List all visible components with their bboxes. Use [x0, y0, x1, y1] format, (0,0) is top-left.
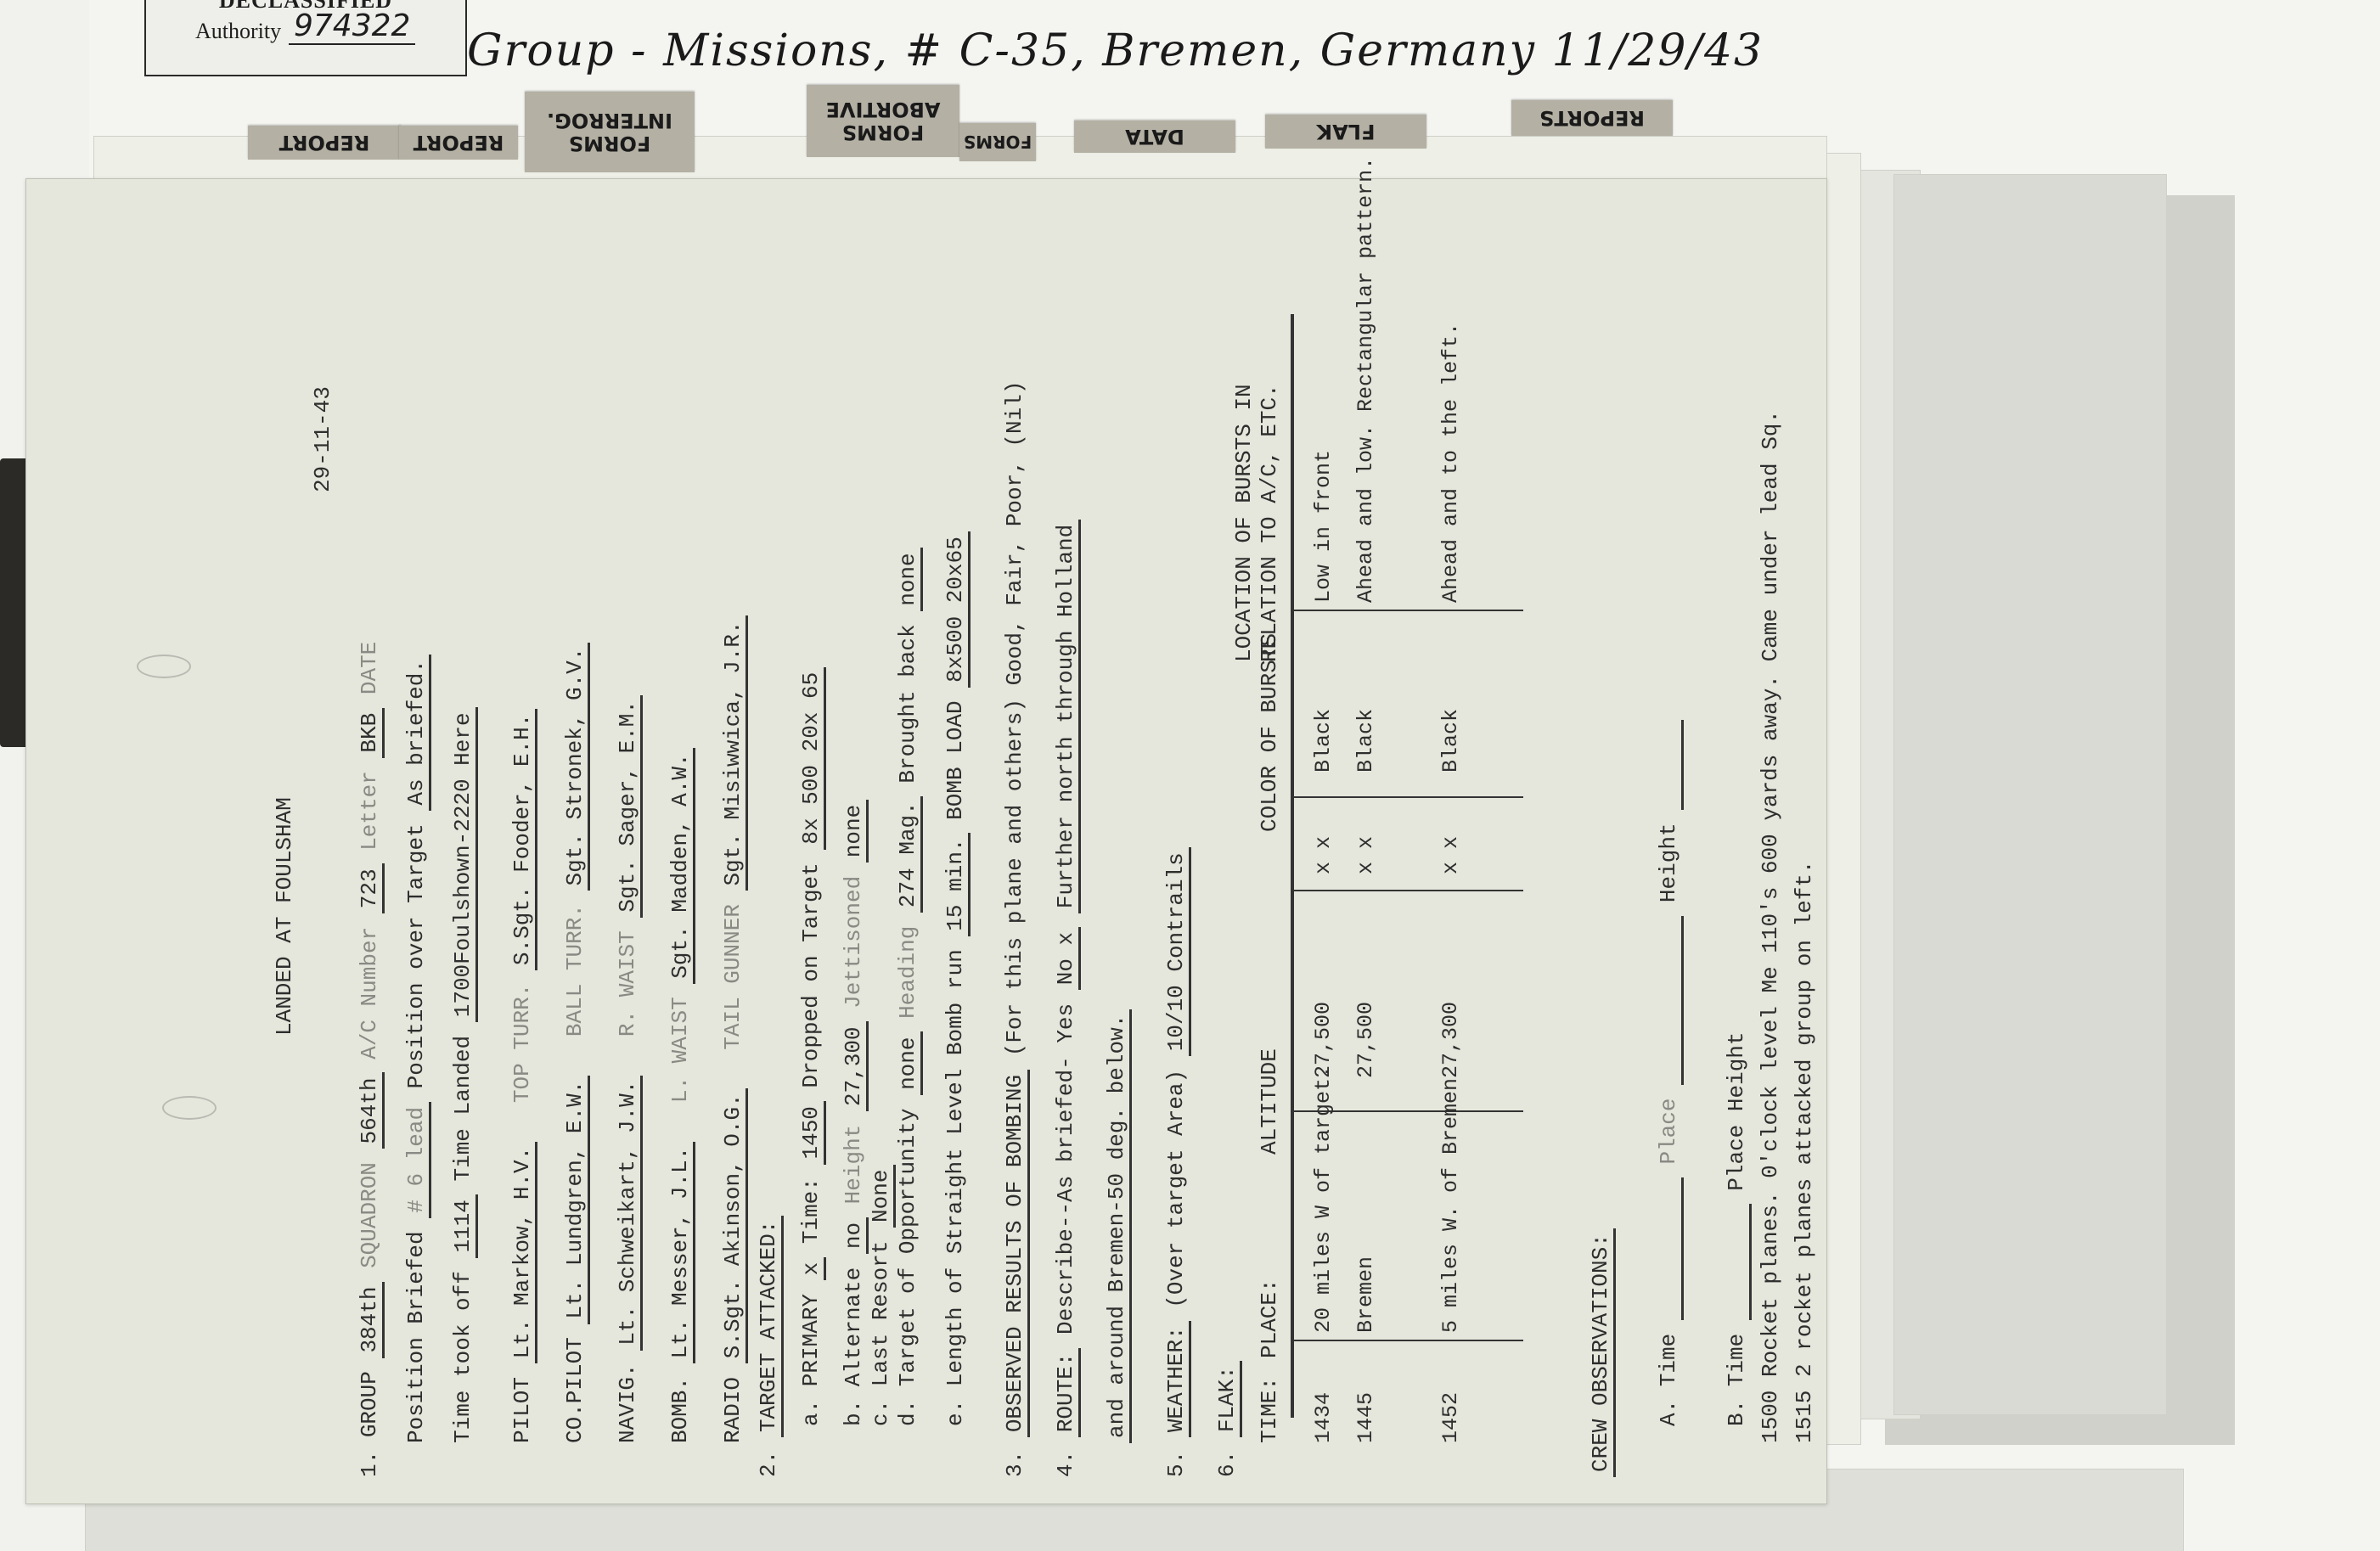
tab-forms[interactable]: FORMS	[959, 123, 1036, 161]
flak-column-divider	[1294, 610, 1523, 611]
obs-b-line: B. Time Place Height	[1724, 1031, 1749, 1426]
crew-row: BOMB. Lt. Messer, J.L. L. WAIST Sgt. Mad…	[667, 748, 693, 1443]
section7-title: CREW OBSERVATIONS:	[1588, 1228, 1613, 1477]
group-line: 1. GROUP 384th SQUADRON 564th A/C Number…	[357, 642, 382, 1477]
obs-entry-2: 1515 2 rocket planes attacked group on l…	[1792, 860, 1817, 1443]
flak-cell-time: 1434	[1311, 1392, 1336, 1443]
section4-line: 4. ROUTE: Describe--As briefed- Yes No x…	[1053, 520, 1078, 1477]
obs-entry-1: 1500 Rocket planes. 0'clock level Me 110…	[1758, 410, 1783, 1443]
section6-line: 6. FLAK:	[1214, 1361, 1240, 1477]
section2-title: 2. TARGET ATTACKED:	[756, 1216, 781, 1477]
flak-cell-altitude: 27,500	[1353, 1002, 1378, 1078]
flak-cell-place: Bremen	[1353, 1256, 1378, 1333]
tab-abortive-forms[interactable]: FORMSABORTIVE	[807, 85, 959, 157]
flak-header-color: COLOR OF BURSTS	[1257, 633, 1282, 832]
bomb-run-line: e. Length of Straight Level Bomb run 15 …	[942, 531, 968, 1426]
section5-line: 5. WEATHER: (Over target Area) 10/10 Con…	[1163, 847, 1189, 1477]
tab-report-1[interactable]: REPORT	[248, 126, 401, 160]
flak-cell-time: 1452	[1438, 1392, 1463, 1443]
position-line: Position Briefed # 6 lead Position over …	[403, 655, 429, 1443]
alternate-line: b. Alternate no Height 27,300 Jettisoned…	[841, 800, 866, 1426]
punch-hole	[137, 655, 191, 678]
flak-header-place: PLACE:	[1257, 1278, 1282, 1358]
tab-data[interactable]: DATA	[1074, 121, 1235, 153]
flak-cell-marks: x x	[1438, 836, 1463, 874]
flak-cell-marks: x x	[1353, 836, 1378, 874]
crew-row: RADIO S.Sgt. Akinson, O.G. TAIL GUNNER S…	[720, 615, 746, 1443]
flak-cell-time: 1445	[1353, 1392, 1378, 1443]
crew-row: CO.PILOT Lt. Lundgren, E.W. BALL TURR. S…	[562, 643, 588, 1443]
flak-cell-color: Black	[1353, 709, 1378, 773]
time-line: Time took off 1114 Time Landed 1700Fouls…	[450, 707, 475, 1443]
flak-header-altitude: ALTITUDE	[1257, 1048, 1282, 1155]
crew-row: NAVIG. Lt. Schweikart, J.W. R. WAIST Sgt…	[615, 695, 640, 1443]
flak-cell-marks: x x	[1311, 836, 1336, 874]
flak-column-divider	[1294, 890, 1523, 891]
tab-reports[interactable]: REPORTS	[1511, 100, 1673, 136]
stamp-authority-value: 974322	[289, 8, 415, 45]
crew-row: PILOT Lt. Markow, H.V. TOP TURR. S.Sgt. …	[509, 709, 535, 1443]
flak-cell-color: Black	[1311, 709, 1336, 773]
form-date: 29-11-43	[310, 386, 335, 492]
folder-heading: Group - Missions, # C-35, Bremen, German…	[467, 25, 1764, 76]
flak-cell-location: Ahead and low. Rectangular pattern.	[1353, 157, 1378, 603]
flak-cell-place: 20 miles W of target.	[1311, 1065, 1336, 1333]
punch-hole	[162, 1096, 217, 1120]
flak-cell-place: 5 miles W. of Bremen	[1438, 1078, 1463, 1333]
header-note: LANDED AT FOULSHAM	[272, 797, 297, 1036]
tab-interrog-forms[interactable]: FORMSINTERROG.	[525, 92, 695, 172]
flak-cell-altitude: 27,300	[1438, 1002, 1463, 1078]
flak-header-time: TIME:	[1257, 1377, 1282, 1443]
flak-table: 143420 miles W of target.27,500x xBlackL…	[1291, 314, 1523, 1418]
flak-cell-color: Black	[1438, 709, 1463, 773]
opportunity-line: d. Target of Opportunity none Heading 27…	[895, 548, 920, 1426]
grey-card	[1893, 174, 2167, 1415]
section4-line2: and around Bremen-50 deg. below.	[1104, 1009, 1129, 1443]
interrogation-form: LANDED AT FOULSHAM 29-11-43 1. GROUP 384…	[263, 306, 1876, 1477]
declassified-stamp: DECLASSIFIED Authority 974322	[144, 0, 467, 76]
primary-line: a. PRIMARY x Time: 1450 Dropped on Targe…	[798, 667, 824, 1426]
last-resort-line: c. Last Resort None	[868, 1165, 893, 1426]
section3-line: 3. OBSERVED RESULTS OF BOMBING (For this…	[1002, 381, 1027, 1477]
tab-flak[interactable]: FLAK	[1265, 115, 1426, 149]
stamp-authority-label: Authority	[195, 19, 281, 44]
flak-column-divider	[1294, 796, 1523, 798]
obs-a-line: A. Time Place Height	[1656, 720, 1681, 1426]
flak-header-location: LOCATION OF BURSTS IN RELATION TO A/C, E…	[1231, 340, 1282, 662]
flak-column-divider	[1294, 1340, 1523, 1341]
flak-cell-location: Low in front	[1311, 450, 1336, 603]
flak-cell-location: Ahead and to the left.	[1438, 323, 1463, 603]
flak-cell-altitude: 27,500	[1311, 1002, 1336, 1078]
tab-report-2[interactable]: REPORT	[399, 126, 518, 160]
